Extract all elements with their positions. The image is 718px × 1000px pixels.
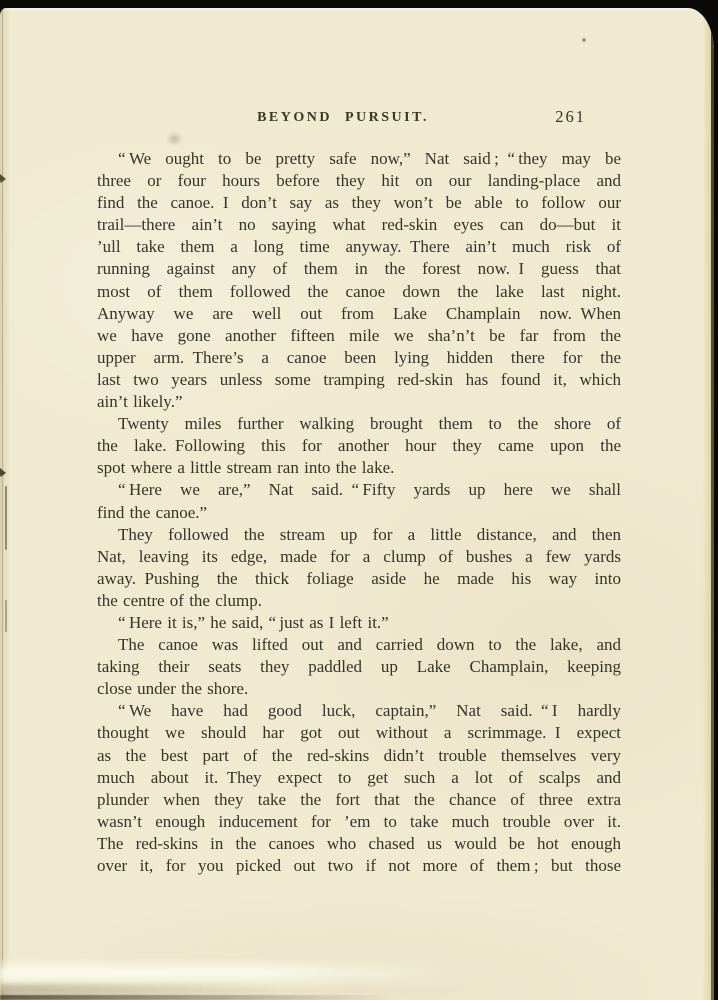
text-line: Anyway we are well out from Lake Champla… [97,303,621,325]
text-line: “ Here we are,” Nat said. “ Fifty yards … [97,479,621,501]
edge-hairline [5,486,7,550]
text-line: trail—there ain’t no saying what red-ski… [97,214,621,236]
paragraph: The canoe was lifted out and carried dow… [97,634,621,700]
text-line: we have gone another fifteen mile we sha… [97,325,621,347]
text-line: most of them followed the canoe down the… [97,281,621,303]
body-text: “ We ought to be pretty safe now,” Nat s… [97,148,621,877]
page-number: 261 [555,108,586,126]
text-line: last two years unless some tramping red-… [97,369,621,391]
text-line: thought we should har got out without a … [97,722,621,744]
paragraph: They followed the stream up for a little… [97,524,621,612]
paragraph: “ We ought to be pretty safe now,” Nat s… [97,148,621,413]
paragraph: Twenty miles further walking brought the… [97,413,621,479]
text-line: find the canoe.” [97,502,621,524]
text-line: The canoe was lifted out and carried dow… [97,634,621,656]
text-line: plunder when they take the fort that the… [97,789,621,811]
text-line: three or four hours before they hit on o… [97,170,621,192]
text-line: spot where a little stream ran into the … [97,457,621,479]
text-line: upper arm. There’s a canoe been lying hi… [97,347,621,369]
fore-edge-line [711,8,714,1000]
book-page: BEYOND PURSUIT. 261 “ We ought to be pre… [0,8,714,1000]
text-line: ’ull take them a long time anyway. There… [97,236,621,258]
text-line: away. Pushing the thick foliage aside he… [97,568,621,590]
text-line: the lake. Following this for another hou… [97,435,621,457]
text-line: They followed the stream up for a little… [97,524,621,546]
text-line: “ We have had good luck, captain,” Nat s… [97,700,621,722]
paper-stain [166,132,183,146]
bottom-edge-line [0,995,430,1000]
text-line: the centre of the clump. [97,590,621,612]
text-line: much about it. They expect to get such a… [97,767,621,789]
edge-hairline [5,600,7,632]
text-line: ain’t likely.” [97,391,621,413]
text-line: close under the shore. [97,678,621,700]
text-line: Twenty miles further walking brought the… [97,413,621,435]
text-line: running against any of them in the fores… [97,258,621,280]
text-line: “ Here it is,” he said, “ just as I left… [97,612,621,634]
text-line: “ We ought to be pretty safe now,” Nat s… [97,148,621,170]
text-line: as the best part of the red-skins didn’t… [97,745,621,767]
text-line: wasn’t enough inducement for ’em to take… [97,811,621,833]
paragraph: “ Here we are,” Nat said. “ Fifty yards … [97,479,621,523]
paper-fleck [582,38,586,42]
running-title: BEYOND PURSUIT. [97,110,589,126]
page-gutter-line [2,8,3,1000]
paragraph: “ We have had good luck, captain,” Nat s… [97,700,621,877]
text-line: The red-skins in the canoes who chased u… [97,833,621,855]
text-line: taking their seats they paddled up Lake … [97,656,621,678]
paragraph: “ Here it is,” he said, “ just as I left… [97,612,621,634]
text-line: Nat, leaving its edge, made for a clump … [97,546,621,568]
text-line: over it, for you picked out two if not m… [97,855,621,877]
book-scan: BEYOND PURSUIT. 261 “ We ought to be pre… [0,0,718,1000]
text-line: find the canoe. I don’t say as they won’… [97,192,621,214]
